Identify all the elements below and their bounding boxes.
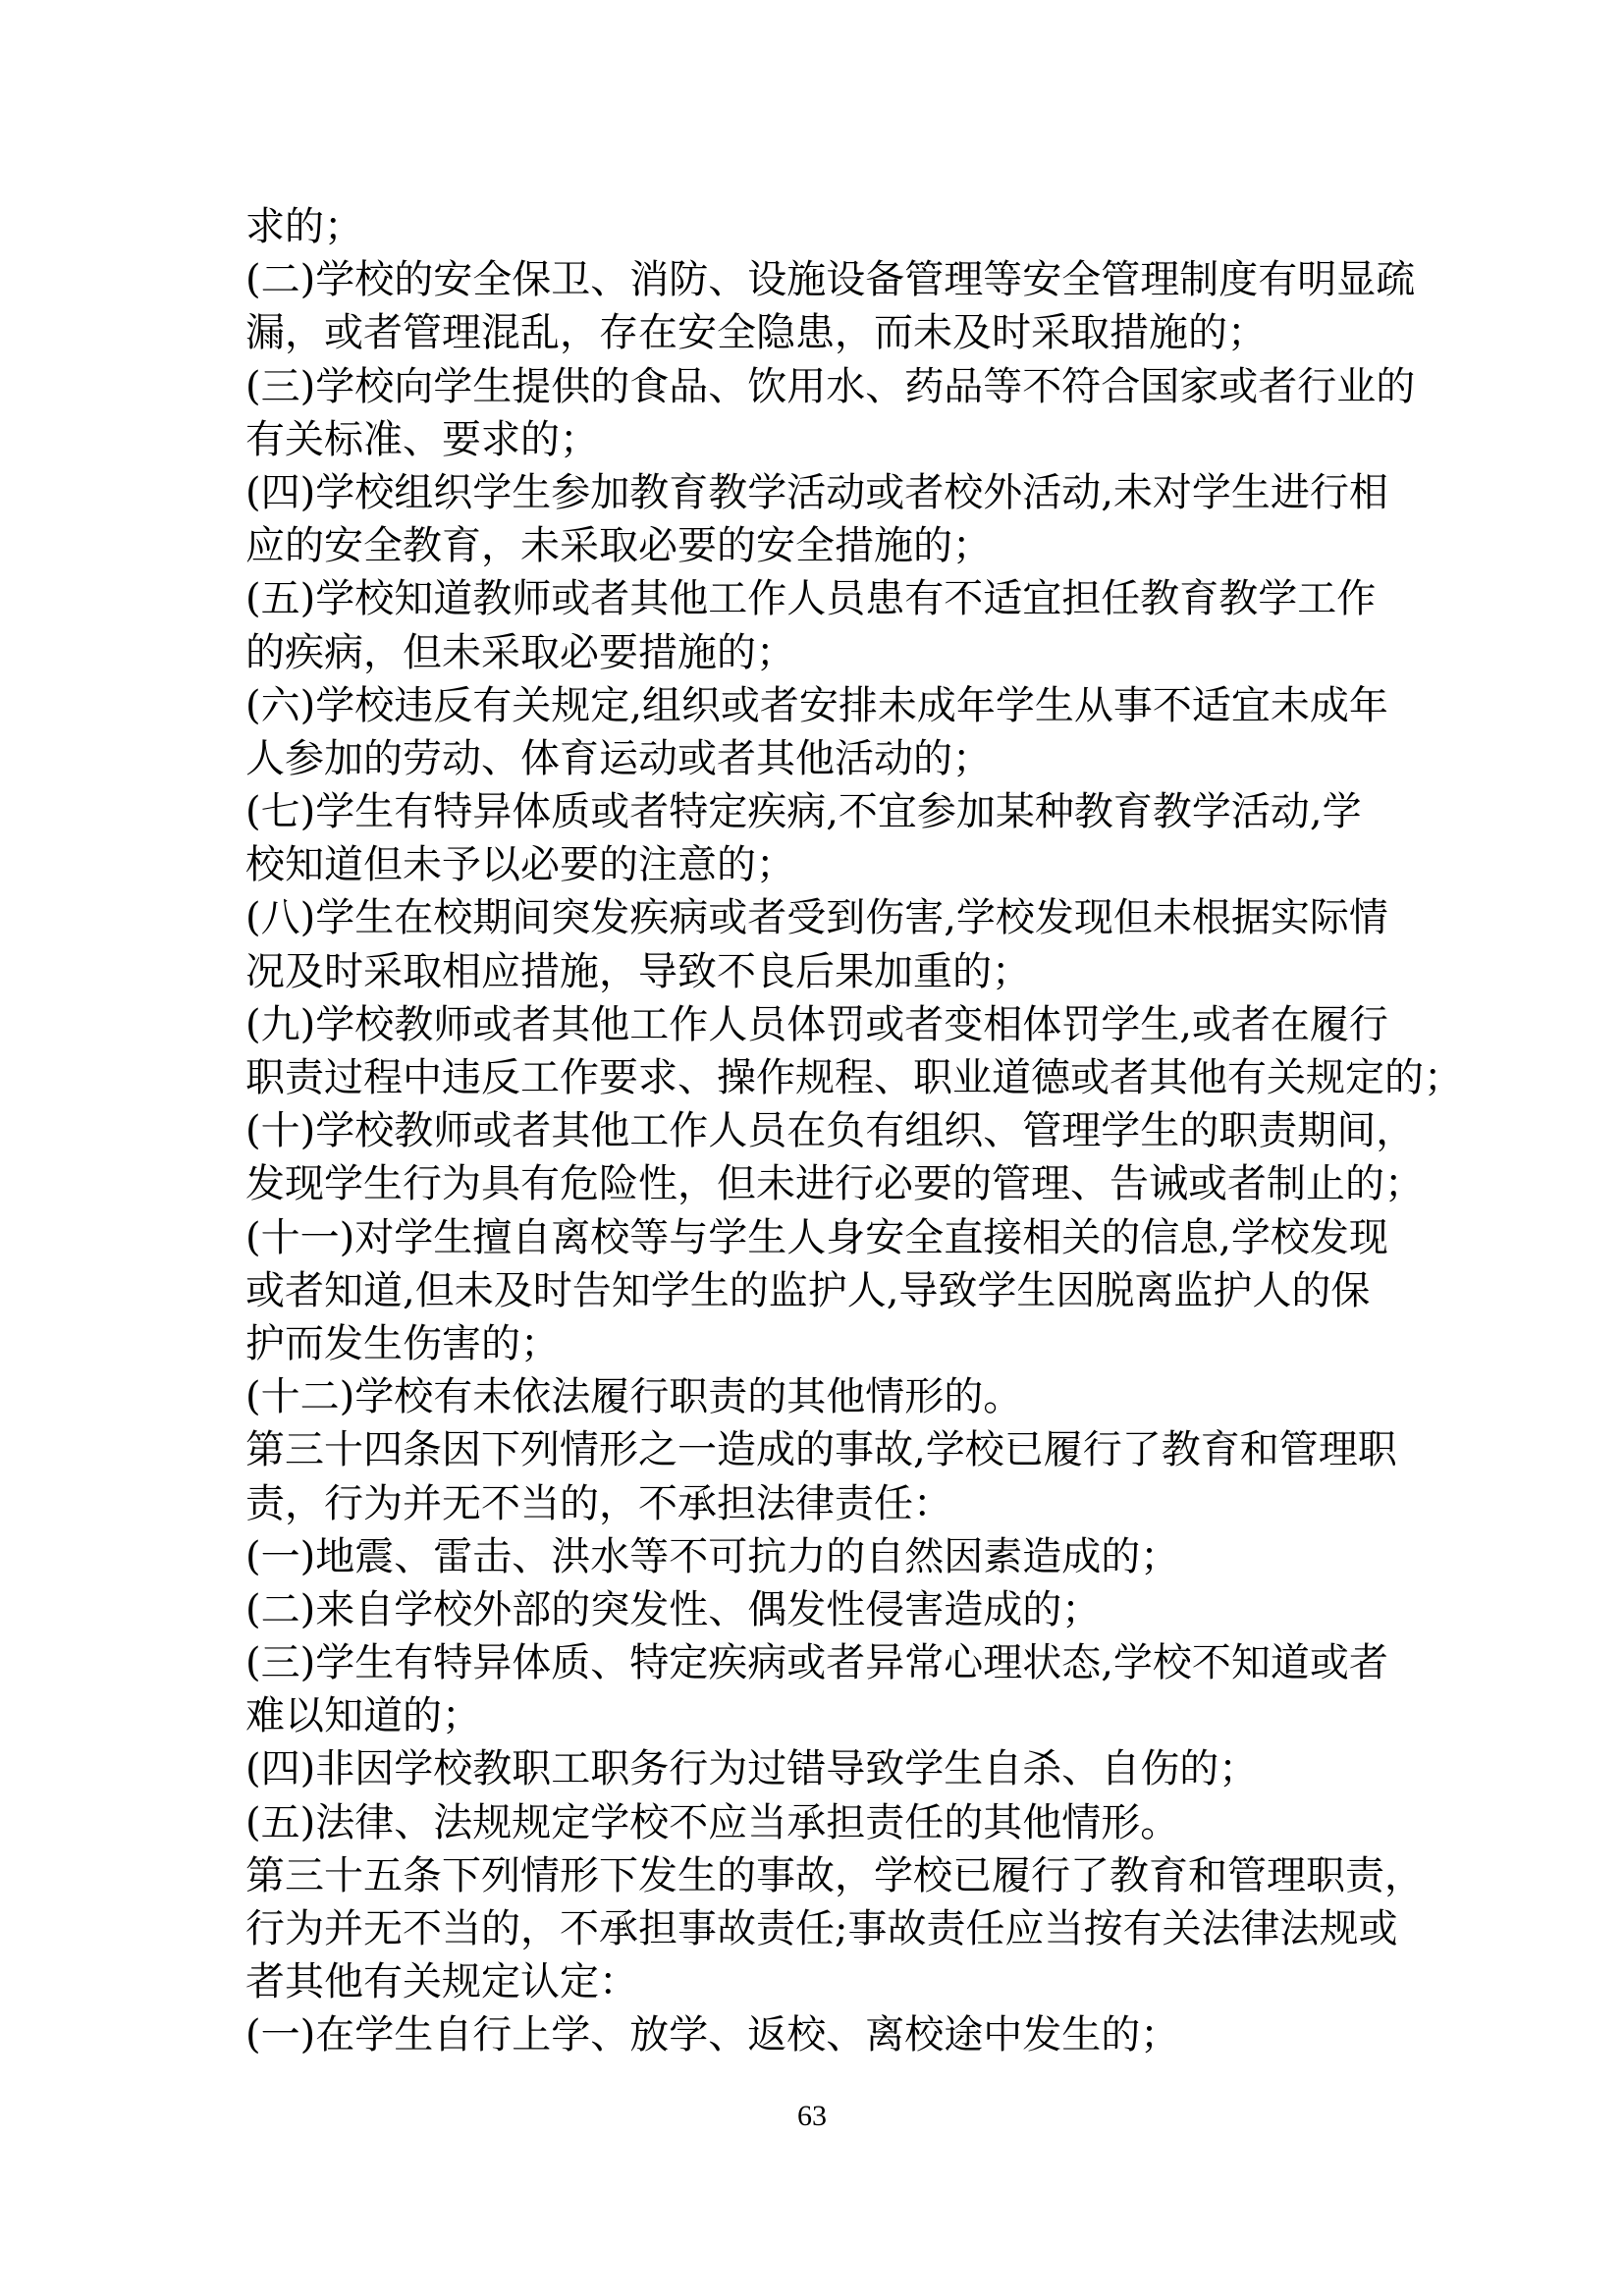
- text-line: 或者知道,但未及时告知学生的监护人,导致学生因脱离监护人的保: [245, 1264, 1463, 1317]
- text-line: 护而发生伤害的；: [245, 1317, 1463, 1370]
- text-line: 第三十五条下列情形下发生的事故，学校已履行了教育和管理职责，: [245, 1849, 1463, 1902]
- text-line: 的疾病，但未采取必要措施的；: [245, 626, 1463, 679]
- text-line: 职责过程中违反工作要求、操作规程、职业道德或者其他有关规定的；: [245, 1051, 1463, 1104]
- text-line: (三)学生有特异体质、特定疾病或者异常心理状态,学校不知道或者: [245, 1636, 1463, 1689]
- text-line: (四)学校组织学生参加教育教学活动或者校外活动,未对学生进行相: [245, 466, 1463, 519]
- document-page: 求的；(二)学校的安全保卫、消防、设施设备管理等安全管理制度有明显疏漏，或者管理…: [0, 0, 1624, 2296]
- text-line: 责，行为并无不当的，不承担法律责任：: [245, 1477, 1463, 1530]
- text-line: 校知道但未予以必要的注意的；: [245, 838, 1463, 891]
- text-line: 者其他有关规定认定：: [245, 1955, 1463, 2008]
- text-line: (一)地震、雷击、洪水等不可抗力的自然因素造成的；: [245, 1530, 1463, 1583]
- text-line: 难以知道的；: [245, 1689, 1463, 1742]
- text-line: 漏，或者管理混乱，存在安全隐患，而未及时采取措施的；: [245, 306, 1463, 359]
- text-line: 况及时采取相应措施，导致不良后果加重的；: [245, 945, 1463, 998]
- text-line: 有关标准、要求的；: [245, 413, 1463, 466]
- text-line: (五)法律、法规规定学校不应当承担责任的其他情形。: [245, 1796, 1463, 1849]
- text-line: (十一)对学生擅自离校等与学生人身安全直接相关的信息,学校发现: [245, 1211, 1463, 1264]
- text-line: (十二)学校有未依法履行职责的其他情形的。: [245, 1370, 1463, 1423]
- text-line: (七)学生有特异体质或者特定疾病,不宜参加某种教育教学活动,学: [245, 785, 1463, 838]
- text-line: (十)学校教师或者其他工作人员在负有组织、管理学生的职责期间，: [245, 1104, 1463, 1157]
- text-line: (四)非因学校教职工职务行为过错导致学生自杀、自伤的；: [245, 1742, 1463, 1795]
- text-line: (五)学校知道教师或者其他工作人员患有不适宜担任教育教学工作: [245, 572, 1463, 625]
- document-text-block: 求的；(二)学校的安全保卫、消防、设施设备管理等安全管理制度有明显疏漏，或者管理…: [245, 200, 1463, 2062]
- text-line: 应的安全教育，未采取必要的安全措施的；: [245, 519, 1463, 572]
- text-line: 发现学生行为具有危险性，但未进行必要的管理、告诫或者制止的；: [245, 1157, 1463, 1210]
- text-line: (一)在学生自行上学、放学、返校、离校途中发生的；: [245, 2008, 1463, 2061]
- text-line: (八)学生在校期间突发疾病或者受到伤害,学校发现但未根据实际情: [245, 891, 1463, 944]
- text-line: (九)学校教师或者其他工作人员体罚或者变相体罚学生,或者在履行: [245, 998, 1463, 1051]
- text-line: 第三十四条因下列情形之一造成的事故,学校已履行了教育和管理职: [245, 1423, 1463, 1476]
- text-line: 求的；: [245, 200, 1463, 253]
- text-line: (六)学校违反有关规定,组织或者安排未成年学生从事不适宜未成年: [245, 679, 1463, 732]
- page-number: 63: [0, 2099, 1624, 2134]
- text-line: (二)学校的安全保卫、消防、设施设备管理等安全管理制度有明显疏: [245, 253, 1463, 306]
- text-line: (三)学校向学生提供的食品、饮用水、药品等不符合国家或者行业的: [245, 360, 1463, 413]
- text-line: (二)来自学校外部的突发性、偶发性侵害造成的；: [245, 1583, 1463, 1636]
- text-line: 人参加的劳动、体育运动或者其他活动的；: [245, 732, 1463, 785]
- text-line: 行为并无不当的，不承担事故责任;事故责任应当按有关法律法规或: [245, 1902, 1463, 1955]
